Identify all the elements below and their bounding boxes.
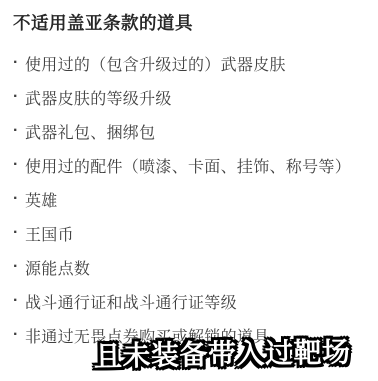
bullet-icon: · <box>13 88 25 106</box>
list-item-text: 武器礼包、捆绑包 <box>25 120 155 143</box>
list-item: · 战斗通行证和战斗通行证等级 <box>13 284 374 318</box>
list-item-text: 使用过的（包含升级过的）武器皮肤 <box>25 52 286 75</box>
bullet-icon: · <box>13 326 25 344</box>
page-title: 不适用盖亚条款的道具 <box>13 6 193 40</box>
bullet-icon: · <box>13 190 25 208</box>
bullet-icon: · <box>13 224 25 242</box>
list-item-text: 英雄 <box>25 188 58 211</box>
bullet-icon: · <box>13 122 25 140</box>
list-item: · 使用过的（包含升级过的）武器皮肤 <box>13 46 374 80</box>
excluded-items-list: · 使用过的（包含升级过的）武器皮肤 · 武器皮肤的等级升级 · 武器礼包、捆绑… <box>13 46 374 352</box>
bullet-icon: · <box>13 258 25 276</box>
bullet-icon: · <box>13 54 25 72</box>
list-item-text: 战斗通行证和战斗通行证等级 <box>25 290 237 313</box>
list-item-text: 使用过的配件（喷漆、卡面、挂饰、称号等） <box>25 154 351 177</box>
list-item: · 王国币 <box>13 216 374 250</box>
video-caption: 且未装备带入过靶场 <box>94 337 351 373</box>
list-item: · 武器礼包、捆绑包 <box>13 114 374 148</box>
list-item: · 武器皮肤的等级升级 <box>13 80 374 114</box>
video-frame: 不适用盖亚条款的道具 · 使用过的（包含升级过的）武器皮肤 · 武器皮肤的等级升… <box>0 0 378 381</box>
list-item-text: 武器皮肤的等级升级 <box>25 86 172 109</box>
list-item-text: 源能点数 <box>25 256 90 279</box>
bullet-icon: · <box>13 292 25 310</box>
list-item: · 英雄 <box>13 182 374 216</box>
list-item: · 使用过的配件（喷漆、卡面、挂饰、称号等） <box>13 148 374 182</box>
list-item-text: 王国币 <box>25 222 74 245</box>
list-item: · 源能点数 <box>13 250 374 284</box>
bullet-icon: · <box>13 156 25 174</box>
